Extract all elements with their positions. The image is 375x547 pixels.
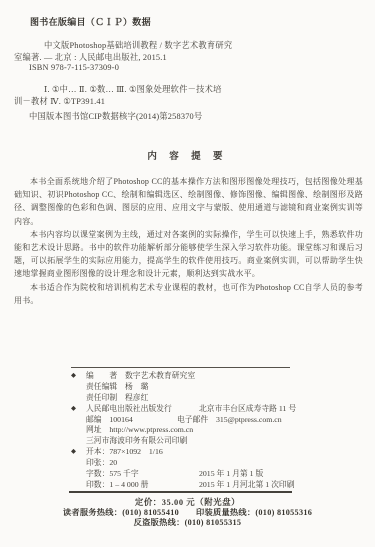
colophon-postcode-text: 邮编 100164	[86, 415, 133, 424]
colophon-row-website: 网址 http://www.ptpress.com.cn	[71, 425, 311, 436]
colophon-row-printrun-impression: 印数：1 – 4 000 册 2015 年 1 月河北第 1 次印刷	[71, 480, 311, 491]
colophon-row-author: ◆ 编 著 数字艺术教育研究室	[71, 371, 311, 382]
colophon-impression-text: 2015 年 1 月河北第 1 次印刷	[199, 480, 295, 491]
diamond-bullet-icon: ◆	[71, 447, 76, 458]
colophon-wordcount-text: 字数：575 千字	[86, 469, 139, 478]
colophon-row-sheets: 印张：20	[71, 458, 311, 469]
colophon-editor-text: 责任编辑 杨 璐	[86, 382, 148, 391]
colophon-top-rule	[71, 367, 290, 368]
abstract-heading: 内 容 提 要	[0, 148, 375, 162]
colophon-author-text: 编 著 数字艺术教育研究室	[86, 371, 195, 380]
anti-piracy-hotline-line: 反盗版热线：(010) 81055315	[0, 517, 375, 528]
colophon-print-supervisor-text: 责任印制 程彦红	[86, 393, 148, 402]
diamond-bullet-icon: ◆	[71, 371, 76, 382]
colophon-format-text: 开本：787×1092 1/16	[86, 447, 163, 456]
colophon-bottom-rule	[69, 491, 292, 493]
abstract-paragraph-3: 本书适合作为院校和培训机构艺术专业课程的教材，也可作为Photoshop CC自…	[14, 281, 363, 307]
abstract-paragraph-1: 本书全面系统地介绍了Photoshop CC的基本操作方法和图形图像处理技巧，包…	[14, 175, 363, 228]
colophon-publisher-text: 人民邮电出版社出版发行	[86, 404, 172, 413]
cip-entry-line-1: 中文版Photoshop基础培训教程 / 数字艺术教育研究	[44, 39, 232, 51]
colophon-row-format: ◆ 开本：787×1092 1/16	[71, 447, 311, 458]
colophon-sheets-text: 印张：20	[86, 458, 117, 467]
colophon-row-postcode-email: 邮编 100164 电子邮件 315@ptpress.com.cn	[71, 415, 311, 426]
colophon-row-wordcount-edition: 字数：575 千字 2015 年 1 月第 1 版	[71, 469, 311, 480]
colophon-email-text: 电子邮件 315@ptpress.com.cn	[177, 415, 282, 426]
colophon-row-printer: 三河市海波印务有限公司印刷	[71, 436, 311, 447]
cip-entry-line-2: 室编著. — 北京 : 人民邮电出版社, 2015.1	[14, 51, 167, 63]
diamond-bullet-icon: ◆	[71, 404, 76, 415]
colophon-printer-text: 三河市海波印务有限公司印刷	[86, 436, 187, 445]
abstract-body: 本书全面系统地介绍了Photoshop CC的基本操作方法和图形图像处理技巧，包…	[14, 175, 363, 307]
colophon-row-print-supervisor: 责任印制 程彦红	[71, 393, 311, 404]
cip-classification-line-2: 训－教材 Ⅳ. ①TP391.41	[14, 95, 105, 107]
cip-record-number: 中国版本图书馆CIP数据核字(2014)第258370号	[29, 110, 202, 122]
abstract-paragraph-2: 本书内容均以课堂案例为主线，通过对各案例的实际操作，学生可以快速上手，熟悉软件功…	[14, 228, 363, 281]
colophon-row-publisher: ◆ 人民邮电出版社出版发行 北京市丰台区成寿寺路 11 号	[71, 404, 311, 415]
cip-heading: 图书在版编目（ＣＩＰ）数据	[30, 15, 151, 28]
colophon-publisher-address: 北京市丰台区成寿寺路 11 号	[199, 404, 296, 415]
colophon-website-text: 网址 http://www.ptpress.com.cn	[86, 425, 193, 434]
colophon-printrun-text: 印数：1 – 4 000 册	[86, 480, 148, 489]
colophon-row-editor: 责任编辑 杨 璐	[71, 382, 311, 393]
cip-classification-line-1: Ⅰ. ①中… Ⅱ. ①数… Ⅲ. ①图象处理软件－技术培	[44, 83, 222, 95]
colophon-block: ◆ 编 著 数字艺术教育研究室 责任编辑 杨 璐 责任印制 程彦红 ◆ 人民邮电…	[71, 371, 311, 491]
colophon-edition-text: 2015 年 1 月第 1 版	[199, 469, 263, 480]
cip-isbn-line: ISBN 978-7-115-37309-0	[29, 63, 119, 72]
